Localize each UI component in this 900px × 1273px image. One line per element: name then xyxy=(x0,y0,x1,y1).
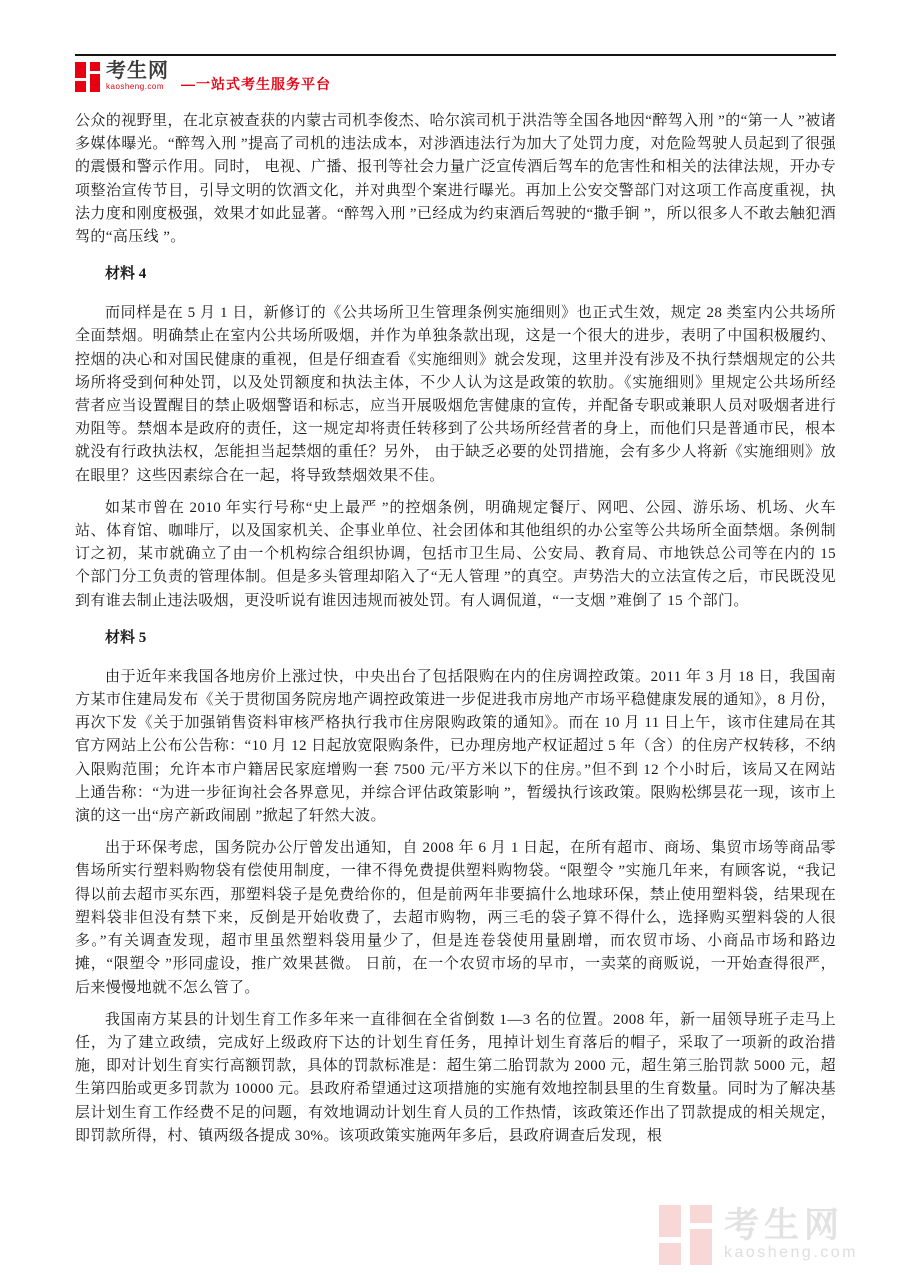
logo-block xyxy=(75,81,86,92)
logo-block xyxy=(659,1205,682,1237)
section-heading-material-4: 材料 4 xyxy=(75,263,836,286)
brand-logo: 考生网 kaosheng.com —一站式考生服务平台 xyxy=(75,61,836,97)
kaosheng-watermark: 考生网 kaosheng.com xyxy=(659,1205,858,1265)
document-body: 公众的视野里，在北京被查获的内蒙古司机李俊杰、哈尔滨司机于洪浩等全国各地因“醉驾… xyxy=(0,97,900,1148)
brand-logo-text: 考生网 kaosheng.com xyxy=(106,61,169,91)
section-heading-material-5: 材料 5 xyxy=(75,627,836,650)
logo-block xyxy=(690,1205,713,1223)
paragraph-plastic-bag-ban: 出于环保考虑，国务院办公厅曾发出通知，自 2008 年 6 月 1 日起，在所有… xyxy=(75,837,836,999)
logo-block xyxy=(690,1229,713,1265)
brand-domain: kaosheng.com xyxy=(106,82,169,91)
kaosheng-watermark-icon xyxy=(659,1205,714,1265)
logo-block xyxy=(659,1243,682,1265)
paragraph-smoking-ban-city-case: 如某市曾在 2010 年实行号称“史上最严 ”的控烟条例，明确规定餐厅、网吧、公… xyxy=(75,497,836,613)
document-page: 考生网 kaosheng.com —一站式考生服务平台 公众的视野里，在北京被查… xyxy=(0,0,900,1273)
paragraph-housing-purchase-policy: 由于近年来我国各地房价上涨过快，中央出台了包括限购在内的住房调控政策。2011 … xyxy=(75,666,836,828)
brand-name: 考生网 xyxy=(106,61,169,82)
logo-block xyxy=(90,74,101,92)
brand-tagline: —一站式考生服务平台 xyxy=(181,74,331,94)
watermark-brand-name: 考生网 xyxy=(724,1208,858,1244)
header-divider xyxy=(75,54,836,56)
kaosheng-logo-icon xyxy=(75,62,101,92)
paragraph-drunk-driving-continued: 公众的视野里，在北京被查获的内蒙古司机李俊杰、哈尔滨司机于洪浩等全国各地因“醉驾… xyxy=(75,110,836,249)
watermark-brand-domain: kaosheng.com xyxy=(724,1244,858,1262)
logo-block xyxy=(90,62,101,71)
page-header: 考生网 kaosheng.com —一站式考生服务平台 xyxy=(0,0,900,97)
watermark-text: 考生网 kaosheng.com xyxy=(724,1208,858,1262)
logo-block xyxy=(75,62,86,78)
paragraph-family-planning-fines: 我国南方某县的计划生育工作多年来一直徘徊在全省倒数 1—3 名的位置。2008 … xyxy=(75,1009,836,1148)
paragraph-smoking-ban-rules: 而同样是在 5 月 1 日，新修订的《公共场所卫生管理条例实施细则》也正式生效，… xyxy=(75,302,836,488)
